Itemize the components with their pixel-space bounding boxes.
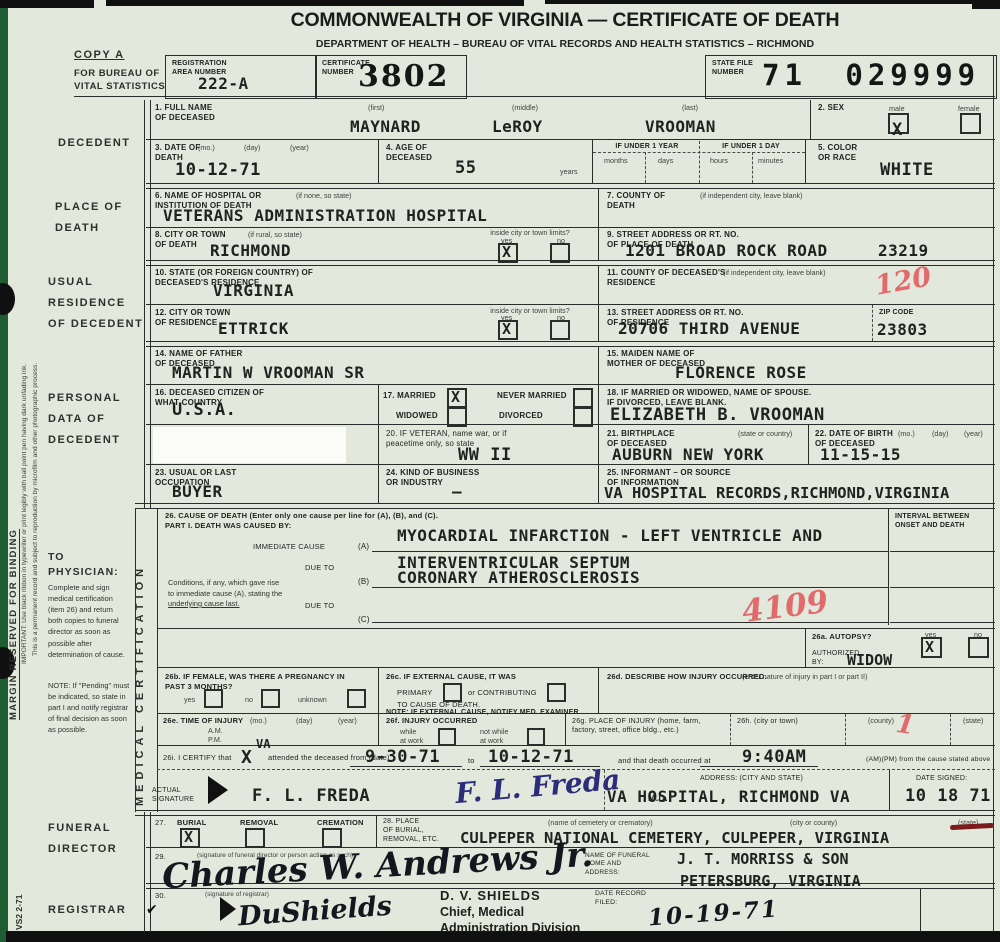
injury-day-hint: (day) (296, 716, 312, 725)
funeral-home-name: J. T. MORRISS & SON (677, 852, 849, 867)
handwritten-county-code: 120 (873, 261, 934, 301)
am-pm-label: A.M. P.M. (208, 726, 223, 745)
burial-label: BURIAL (177, 818, 207, 828)
registrar-arrow-icon (220, 897, 236, 921)
binding-edge (0, 0, 8, 942)
residence-address-value: 20706 THIRD AVENUE (618, 321, 800, 337)
cause-b-line: CORONARY ATHEROSCLEROSIS (397, 570, 640, 586)
not-while-at-work-label: not while at work (480, 727, 508, 746)
father-name-value: MARTIN W VROOMAN SR (172, 365, 365, 381)
cemetery-hint: (name of cemetery or crematory) (548, 818, 653, 827)
field1-last-hint: (last) (682, 103, 698, 112)
zip-code-label: ZIP CODE (879, 308, 914, 317)
copy-label: COPY A (74, 49, 125, 61)
attended-from-date: 9-30-71 (365, 749, 440, 766)
actual-signature-label: ACTUAL SIGNATURE (152, 786, 194, 804)
section-to-physician: TO PHYSICIAN: (48, 550, 119, 579)
section-medical-certification: MEDICAL CERTIFICATION (134, 514, 146, 806)
certify-mid2-text: and that death occurred at (618, 756, 711, 766)
field12-limits-label: inside city or town limits? (468, 306, 592, 315)
scan-artifact-top (545, 0, 1000, 4)
certify-va-note: VA (256, 738, 270, 750)
residence-zip-value: 23803 (877, 322, 928, 338)
copy-for-label: FOR BUREAU OF VITAL STATISTICS (74, 68, 165, 94)
hospital-value: VETERANS ADMINISTRATION HOSPITAL (163, 208, 487, 224)
to-physician-body: Complete and sign medical certification … (48, 582, 128, 660)
state-file-label: STATE FILE NUMBER (712, 59, 753, 77)
field1-first-hint: (first) (368, 103, 384, 112)
field30-hint: (signature of registrar) (205, 891, 269, 899)
while-at-work-checkbox (438, 728, 456, 746)
state-hint: (state) (963, 716, 983, 725)
injury-year-hint: (year) (338, 716, 357, 725)
field21-hint: (state or country) (738, 429, 792, 438)
field8-yes-mark: X (502, 245, 511, 260)
cremation-checkbox (322, 828, 342, 848)
city-county-hint: (city or county) (790, 818, 837, 827)
widowed-checkbox (447, 407, 467, 427)
field7-label: 7. COUNTY OF DEATH (607, 191, 665, 212)
field5-label: 5. COLOR OR RACE (818, 143, 857, 164)
while-at-work-label: while at work (400, 727, 423, 746)
field30-number: 30. (155, 891, 166, 901)
death-certificate-page: MARGIN RESERVED FOR BINDING IMPORTANT: U… (0, 0, 1000, 942)
form-number: VS2 2-71 (14, 876, 24, 930)
field3-year-hint: (year) (290, 143, 309, 152)
cause-a-label: (A) (358, 542, 369, 552)
field26f-label: 26f. INJURY OCCURRED (386, 716, 478, 726)
removal-checkbox (245, 828, 265, 848)
field8-limits-label: inside city or town limits? (468, 228, 592, 237)
redacted-area (153, 427, 346, 463)
spouse-name-value: ELIZABETH B. VROOMAN (610, 407, 825, 424)
race-value: WHITE (880, 162, 934, 179)
margin-important-text: IMPORTANT: Use black ribbon in typewrite… (21, 292, 28, 664)
age-years-label: years (560, 167, 578, 176)
residence-city-value: ETTRICK (218, 321, 289, 337)
never-married-label: NEVER MARRIED (497, 391, 567, 401)
conditions-note-2: underlying cause last. (168, 599, 240, 608)
address-of-death-value: 1201 BROAD ROCK ROAD (625, 243, 828, 259)
red-pen-stroke (950, 823, 994, 830)
field27-number: 27. (155, 818, 166, 828)
pregnancy-no-checkbox (261, 689, 280, 708)
state-file-value: 71 029999 (762, 58, 980, 92)
date-of-death-value: 10-12-71 (175, 162, 261, 179)
field2-label: 2. SEX (818, 103, 844, 113)
field26e-label: 26e. TIME OF INJURY (163, 716, 243, 726)
contributing-checkbox (547, 683, 566, 702)
due-to-2-label: DUE TO (305, 601, 334, 611)
physician-note: NOTE: If "Pending" must be indicated, so… (48, 680, 132, 736)
field26h-label: 26h. (city or town) (737, 716, 798, 725)
conditions-note: Conditions, if any, which gave rise to i… (168, 577, 282, 599)
funeral-home-label: NAME OF FUNERAL HOME AND ADDRESS: (585, 852, 650, 877)
cremation-label: CREMATION (317, 818, 364, 828)
first-name-value: MAYNARD (350, 119, 421, 135)
date-record-filed-value: 10-19-71 (647, 895, 780, 931)
not-while-at-work-checkbox (527, 728, 545, 746)
field22-day-hint: (day) (932, 429, 948, 438)
pregnancy-unknown-label: unknown (298, 695, 327, 704)
citizenship-value: U.S.A. (172, 402, 236, 419)
section-place-of-death: PLACE OF DEATH (55, 197, 123, 239)
field22-year-hint: (year) (964, 429, 983, 438)
scan-artifact-top (106, 0, 524, 6)
field26g-label: 26g. PLACE OF INJURY (home, farm, factor… (572, 716, 701, 735)
certify-post-text: (AM)(PM) from the cause stated above (866, 756, 990, 765)
field26b-label: 26b. IF FEMALE, WAS THERE A PREGNANCY IN… (165, 672, 345, 692)
attended-to-date: 10-12-71 (488, 749, 574, 766)
field8-hint: (if rural, so state) (248, 230, 302, 239)
mother-name-value: FLORENCE ROSE (675, 365, 807, 381)
address-label: ADDRESS: (CITY AND STATE) (700, 774, 803, 783)
sex-female-label: female (958, 104, 980, 113)
immediate-cause-label: IMMEDIATE CAUSE (253, 542, 325, 552)
handwritten-county-mark: 1 (894, 709, 916, 741)
veteran-value: WW II (458, 447, 512, 464)
certify-to-word: to (468, 756, 475, 766)
field3-mo-hint: (mo.) (198, 143, 215, 152)
divorced-checkbox (573, 407, 593, 427)
section-registrar: REGISTRAR (48, 900, 126, 921)
registrar-typed-name: D. V. SHIELDS (440, 888, 541, 903)
section-usual-residence: USUAL RESIDENCE OF DECEDENT (48, 272, 143, 335)
city-of-death-value: RICHMOND (210, 243, 291, 259)
physician-address-value: VA HOSPITAL, RICHMOND VA (607, 789, 850, 805)
field1-label: 1. FULL NAME OF DECEASED (155, 103, 215, 124)
field26a-label: 26a. AUTOPSY? (812, 632, 872, 642)
removal-label: REMOVAL (240, 818, 278, 828)
sex-female-checkbox (960, 113, 981, 134)
never-married-checkbox (573, 388, 593, 408)
margin-binding-text: MARGIN RESERVED FOR BINDING (8, 270, 19, 720)
field24-label: 24. KIND OF BUSINESS OR INDUSTRY (386, 468, 479, 489)
date-signed-label: DATE SIGNED: (916, 774, 967, 783)
death-zip-value: 23219 (878, 243, 929, 259)
sex-male-mark: X (892, 122, 902, 139)
field7-hint: (if independent city, leave blank) (700, 191, 803, 200)
birthplace-value: AUBURN NEW YORK (612, 447, 764, 463)
section-funeral-director: FUNERAL DIRECTOR (48, 818, 117, 860)
last-name-value: VROOMAN (645, 119, 716, 135)
certify-pre-text: 26i. I CERTIFY that (163, 753, 232, 763)
pregnancy-yes-label: yes (184, 695, 195, 704)
page-subtitle: DEPARTMENT OF HEALTH – BUREAU OF VITAL R… (250, 38, 880, 50)
married-mark: X (451, 390, 460, 405)
registration-value: 222-A (198, 76, 249, 92)
widowed-label: WIDOWED (396, 411, 438, 421)
physician-name-typed: F. L. FREDA (252, 788, 370, 805)
informant-value: VA HOSPITAL RECORDS,RICHMOND,VIRGINIA (604, 486, 949, 502)
residence-state-value: VIRGINIA (213, 283, 294, 299)
margin-important-text-2: This is a permanent record and subject t… (32, 300, 39, 656)
cause-a-line1: MYOCARDIAL INFARCTION - LEFT VENTRICLE A… (397, 528, 823, 544)
field11-label: 11. COUNTY OF DECEASED'S RESIDENCE (607, 268, 726, 289)
months-label: months (604, 156, 628, 165)
field8-no-checkbox (550, 243, 570, 263)
section-personal-data: PERSONAL DATA OF DECEDENT (48, 388, 121, 451)
under-1-year-label: IF UNDER 1 YEAR (597, 142, 697, 151)
field3-day-hint: (day) (244, 143, 260, 152)
age-value: 55 (455, 160, 476, 177)
scan-artifact-top (972, 0, 1000, 9)
registrar-typed-division: Administration Division (440, 921, 580, 935)
funeral-home-city: PETERSBURG, VIRGINIA (680, 874, 861, 889)
interval-label: INTERVAL BETWEEN ONSET AND DEATH (895, 512, 969, 530)
occupation-value: BUYER (172, 484, 223, 500)
field4-label: 4. AGE OF DECEASED (386, 143, 432, 164)
autopsy-no-checkbox (968, 637, 989, 658)
sex-male-label: male (889, 104, 905, 113)
injury-mo-hint: (mo.) (250, 716, 267, 725)
primary-label: PRIMARY (397, 688, 432, 698)
field11-hint: (if independent city, leave blank) (723, 268, 826, 277)
burial-mark: X (184, 830, 193, 845)
autopsy-yes-mark: X (925, 640, 934, 655)
pregnancy-no-label: no (245, 695, 253, 704)
middle-name-value: LeROY (492, 119, 543, 135)
pregnancy-yes-checkbox (204, 689, 223, 708)
field26d-hint: (enter nature of injury in part I or par… (742, 672, 867, 681)
date-signed-value: 10 18 71 (905, 788, 991, 805)
days-label: days (658, 156, 673, 165)
signature-arrow-icon (208, 776, 228, 804)
minutes-label: minutes (758, 156, 783, 165)
registrar-checkmark: ✔ (146, 902, 158, 918)
county-hint: (county) (868, 716, 894, 725)
contributing-label: or CONTRIBUTING (468, 688, 537, 698)
field12-no-checkbox (550, 320, 570, 340)
cause-b-label: (B) (358, 577, 369, 587)
business-value: – (452, 484, 462, 500)
cause-c-label: (C) (358, 615, 370, 625)
due-to-1-label: DUE TO (305, 563, 334, 573)
field28-label: 28. PLACE OF BURIAL, REMOVAL, ETC. (383, 817, 439, 844)
field26c-label: 26c. IF EXTERNAL CAUSE, IT WAS (386, 672, 516, 682)
field17-married-label: 17. MARRIED (383, 391, 436, 401)
hours-label: hours (710, 156, 728, 165)
section-decedent: DECEDENT (58, 133, 131, 154)
certify-x-mark: X (241, 749, 252, 767)
divorced-label: DIVORCED (499, 411, 543, 421)
field12-yes-mark: X (502, 322, 511, 337)
field6-hint: (if none, so state) (296, 191, 352, 200)
field22-mo-hint: (mo.) (898, 429, 915, 438)
scan-artifact-top (0, 0, 94, 8)
authorized-by-value: WIDOW (847, 653, 892, 668)
certificate-value: 3802 (358, 59, 450, 94)
date-of-birth-value: 11-15-15 (820, 447, 901, 463)
page-title: COMMONWEALTH OF VIRGINIA — CERTIFICATE O… (220, 9, 910, 32)
pregnancy-unknown-checkbox (347, 689, 366, 708)
time-of-death-value: 9:40AM (742, 749, 806, 766)
registrar-typed-title: Chief, Medical (440, 905, 524, 919)
under-1-day-label: IF UNDER 1 DAY (701, 142, 801, 151)
date-record-filed-label: DATE RECORD FILED: (595, 890, 646, 908)
field1-middle-hint: (middle) (512, 103, 538, 112)
